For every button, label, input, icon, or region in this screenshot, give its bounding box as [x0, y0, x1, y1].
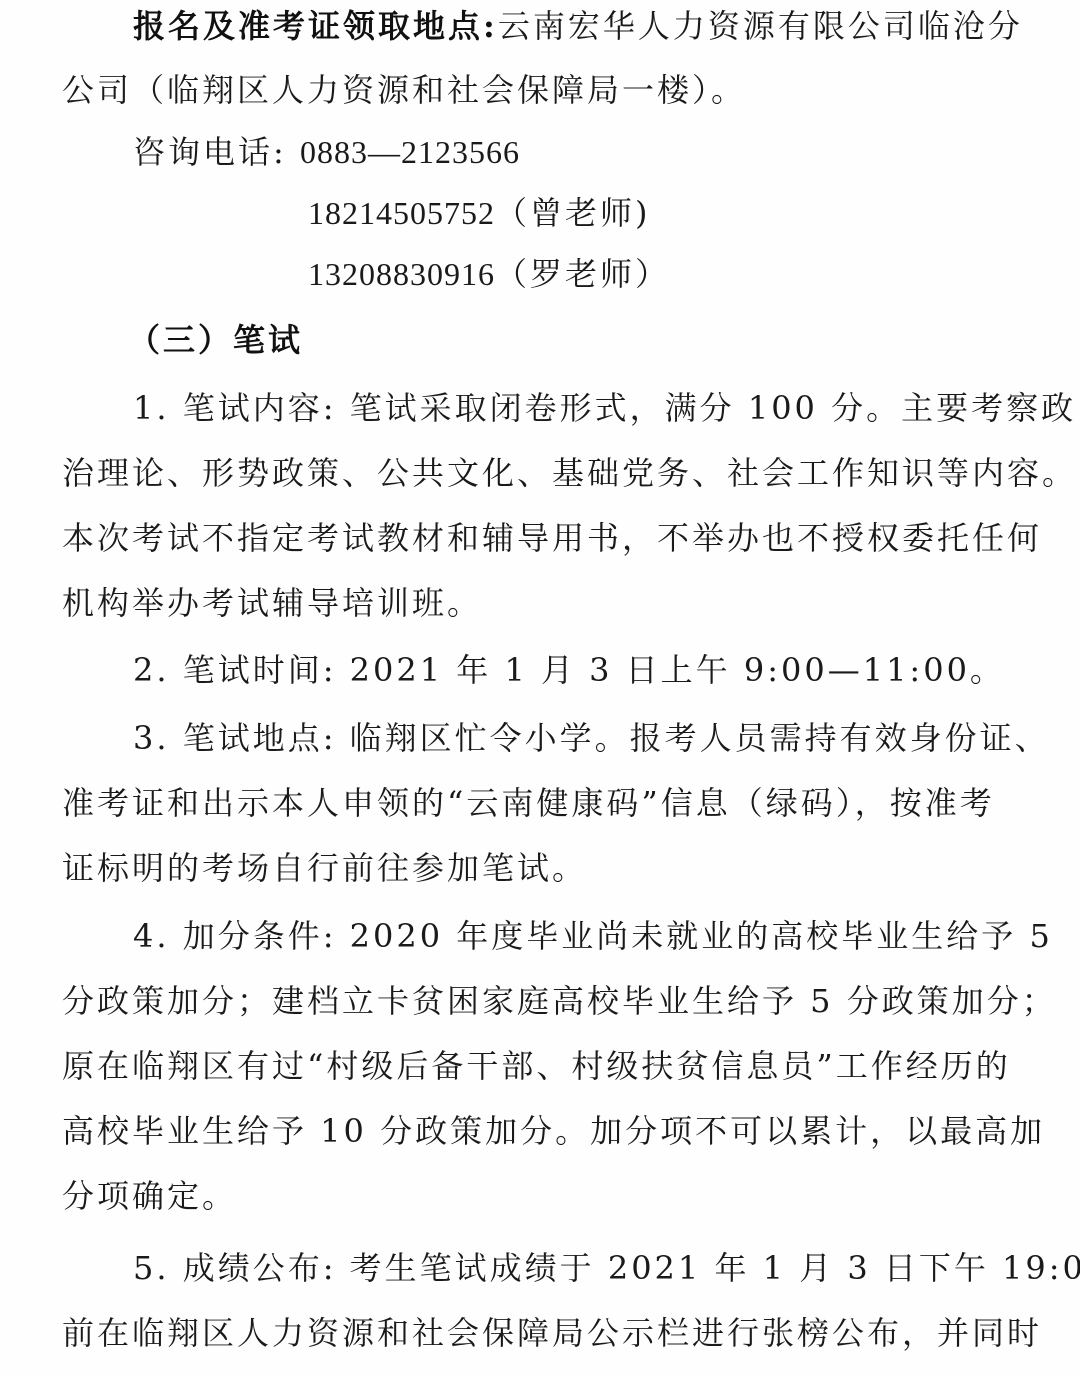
item-1-line-3: 本次考试不指定考试教材和辅导用书，不举办也不授权委托任何 — [62, 518, 1042, 558]
section-heading: （三）笔试 — [128, 320, 303, 360]
phone-number-2: 18214505752 — [308, 195, 495, 231]
item-4-line-1: 4. 加分条件: 2020 年度毕业尚未就业的高校毕业生给予 5 — [133, 916, 1053, 956]
registration-text-1: 云南宏华人力资源有限公司临沧分 — [498, 7, 1023, 45]
phone-note-2: （曾老师) — [495, 194, 651, 232]
phone-note-3: （罗老师） — [495, 255, 670, 293]
registration-line-2: 公司（临翔区人力资源和社会保障局一楼）。 — [62, 70, 746, 110]
item-1-line-2: 治理论、形势政策、公共文化、基础党务、社会工作知识等内容。 — [62, 453, 1077, 493]
item-3-line-1: 3. 笔试地点: 临翔区忙令小学。报考人员需持有效身份证、 — [133, 718, 1050, 758]
document-page: 报名及准考证领取地点:云南宏华人力资源有限公司临沧分 公司（临翔区人力资源和社会… — [0, 0, 1080, 1374]
item-2-line-1: 2. 笔试时间: 2021 年 1 月 3 日上午 9:00—11:00。 — [133, 650, 1005, 690]
registration-label: 报名及准考证领取地点: — [133, 7, 498, 45]
phone-number-1: 0883—2123566 — [300, 134, 520, 170]
item-1-line-1: 1. 笔试内容: 笔试采取闭卷形式，满分 100 分。主要考察政 — [133, 388, 1076, 428]
contact-label: 咨询电话: — [133, 133, 287, 171]
phone-number-3: 13208830916 — [308, 256, 495, 292]
contact-line-2: 18214505752（曾老师) — [308, 193, 651, 233]
item-3-line-2: 准考证和出示本人申领的“云南健康码”信息（绿码），按准考 — [62, 783, 995, 823]
item-4-line-4: 高校毕业生给予 10 分政策加分。加分项不可以累计，以最高加 — [62, 1111, 1045, 1151]
item-3-line-3: 证标明的考场自行前往参加笔试。 — [62, 848, 587, 888]
item-4-line-3: 原在临翔区有过“村级后备干部、村级扶贫信息员”工作经历的 — [62, 1046, 1011, 1086]
registration-line-1: 报名及准考证领取地点:云南宏华人力资源有限公司临沧分 — [133, 6, 1023, 46]
item-5-line-1: 5. 成绩公布: 考生笔试成绩于 2021 年 1 月 3 日下午 19:00 — [133, 1248, 1080, 1288]
contact-line-3: 13208830916（罗老师） — [308, 254, 670, 294]
item-5-line-2: 前在临翔区人力资源和社会保障局公示栏进行张榜公布，并同时 — [62, 1313, 1042, 1353]
item-4-line-5: 分项确定。 — [62, 1176, 237, 1216]
item-1-line-4: 机构举办考试辅导培训班。 — [62, 583, 482, 623]
contact-line-1: 咨询电话: 0883—2123566 — [133, 132, 520, 172]
item-4-line-2: 分政策加分；建档立卡贫困家庭高校毕业生给予 5 分政策加分； — [62, 981, 1057, 1021]
